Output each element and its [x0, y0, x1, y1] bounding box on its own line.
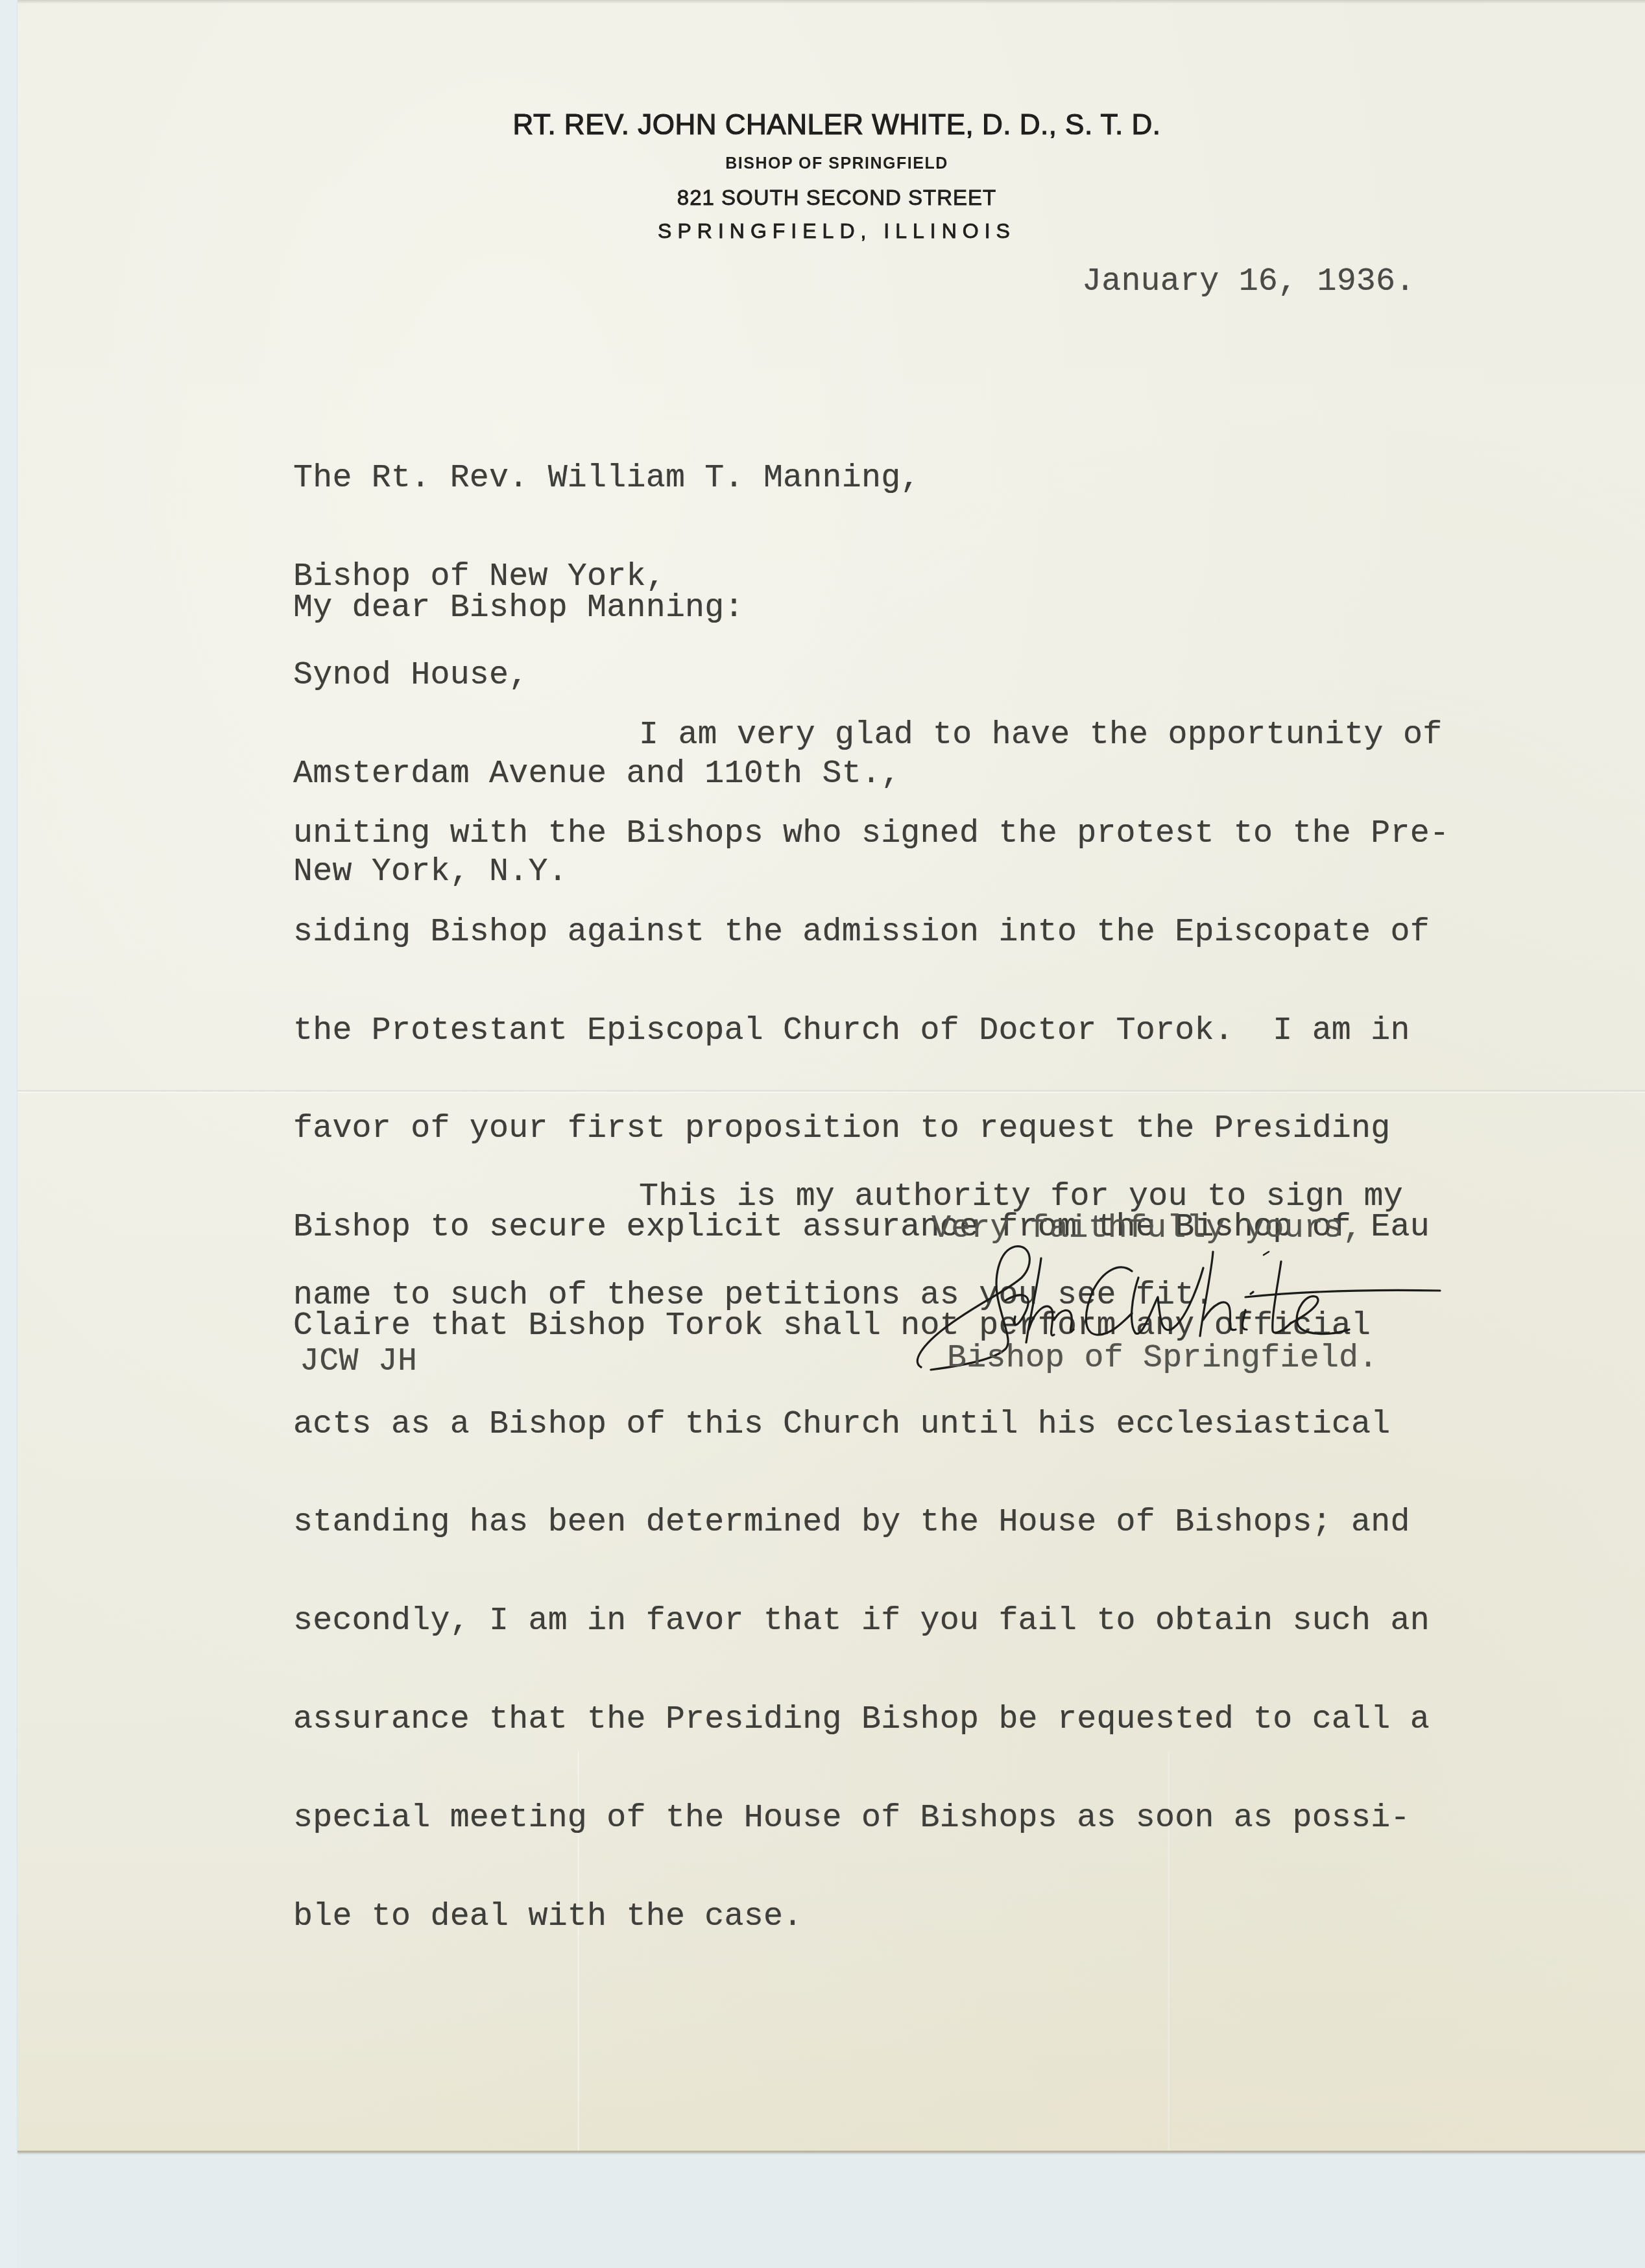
letter-date: January 16, 1936. [1082, 266, 1415, 299]
body-line: I am very glad to have the opportunity o… [293, 719, 1449, 752]
body-line: ble to deal with the case. [293, 1901, 1449, 1934]
body-line: standing has been determined by the Hous… [293, 1507, 1449, 1540]
body-line: the Protestant Episcopal Church of Docto… [293, 1015, 1449, 1048]
address-line: The Rt. Rev. William T. Manning, [293, 462, 920, 495]
letterhead-city: SPRINGFIELD, ILLINOIS [454, 219, 1219, 243]
paper-top-shadow [18, 0, 1645, 4]
body-line: assurance that the Presiding Bishop be r… [293, 1704, 1449, 1737]
body-line: acts as a Bishop of this Church until hi… [293, 1409, 1449, 1442]
reference-initials: JCW JH [300, 1346, 417, 1379]
signer-title: Bishop of Springfield. [947, 1343, 1378, 1376]
letterhead-name: RT. REV. JOHN CHANLER WHITE, D. D., S. T… [454, 109, 1219, 141]
body-line: special meeting of the House of Bishops … [293, 1802, 1449, 1835]
body-line: uniting with the Bishops who signed the … [293, 818, 1449, 851]
salutation: My dear Bishop Manning: [293, 592, 744, 625]
body-line: secondly, I am in favor that if you fail… [293, 1605, 1449, 1638]
body-line: siding Bishop against the admission into… [293, 916, 1449, 949]
letterhead-title: BISHOP OF SPRINGFIELD [454, 154, 1219, 173]
address-line: Bishop of New York, [293, 561, 920, 594]
letterhead-street: 821 SOUTH SECOND STREET [454, 185, 1219, 210]
body-line: This is my authority for you to sign my [293, 1181, 1403, 1214]
scanner-margin [0, 0, 18, 2268]
